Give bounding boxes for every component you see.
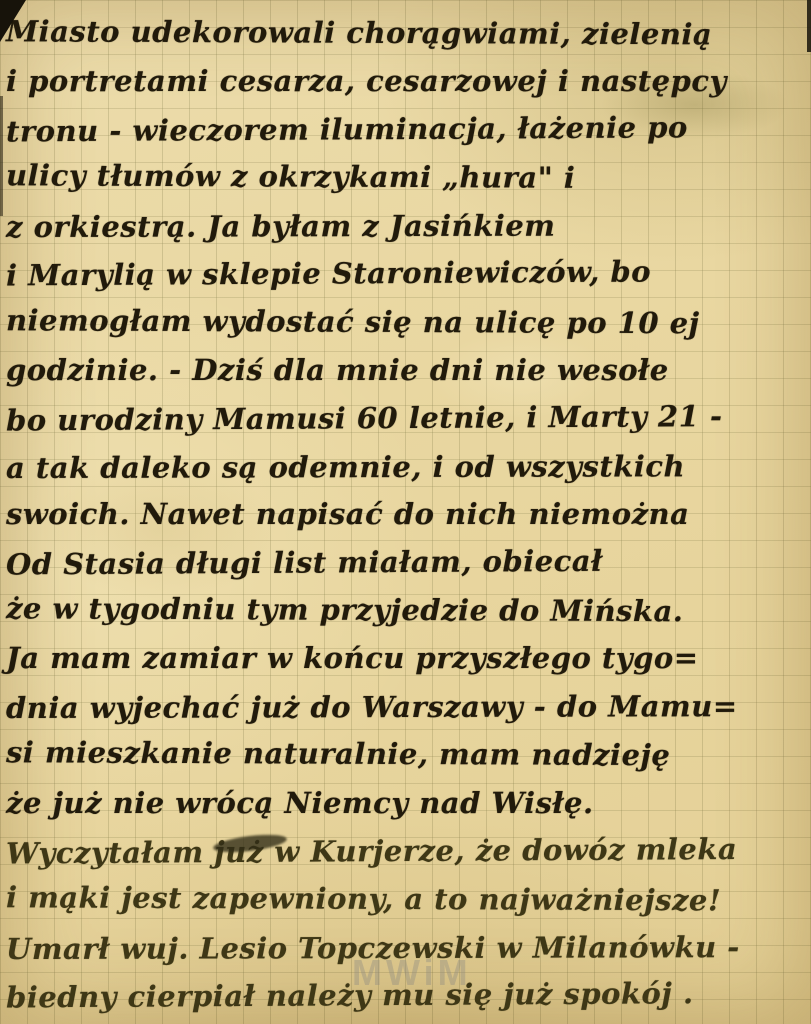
handwriting-line: tronu - wieczorem iluminacja, łażenie po	[6, 104, 806, 155]
handwriting-line: biedny cierpiał należy mu się już spokój…	[6, 969, 806, 1020]
handwriting-line: si mieszkanie naturalnie, mam nadzieję	[6, 730, 806, 779]
handwriting-line: Od Stasia długi list miałam, obiecał	[6, 537, 806, 588]
handwriting-line: swoich. Nawet napisać do nich niemożna	[6, 491, 806, 537]
handwriting-line: a tak daleko są odemnie, i od wszystkich	[6, 443, 806, 491]
handwriting-line: z orkiestrą. Ja byłam z Jasińkiem	[6, 202, 806, 250]
handwriting-line: Wyczytałam już w Kurjerze, że dowóz mlek…	[6, 825, 806, 876]
handwriting-line: niemogłam wydostać się na ulicę po 10 ej	[6, 297, 806, 346]
handwriting-line: i mąki jest zapewniony, a to najważniejs…	[6, 874, 806, 923]
scan-edge-mark-left	[0, 96, 3, 216]
handwriting-line: Umarł wuj. Lesio Topczewski w Milanówku …	[6, 924, 806, 972]
handwriting-line: bo urodziny Mamusi 60 letnie, i Marty 21…	[6, 392, 806, 443]
handwriting-line: godzinie. - Dziś dla mnie dni nie wesołe	[6, 347, 806, 393]
handwriting-line: Ja mam zamiar w końcu przyszłego tygo=	[6, 635, 806, 681]
handwriting-line: dnia wyjechać już do Warszawy - do Mamu=	[6, 683, 806, 731]
handwriting-line: że w tygodniu tym przyjedzie do Mińska.	[6, 585, 806, 634]
handwriting-line: Miasto udekorowali chorągwiami, zielenią	[6, 8, 806, 57]
handwriting-line: i portretami cesarza, cesarzowej i nastę…	[6, 58, 806, 104]
manuscript-page: MWiM Miasto udekorowali chorągwiami, zie…	[0, 0, 811, 1024]
handwriting-text-block: Miasto udekorowali chorągwiami, zielenią…	[6, 10, 806, 1018]
handwriting-line: i Marylią w sklepie Staroniewiczów, bo	[6, 248, 806, 299]
scan-edge-mark-top-right	[807, 0, 811, 52]
handwriting-line: że już nie wrócą Niemcy nad Wisłę.	[6, 780, 806, 826]
handwriting-line: ulicy tłumów z okrzykami „hura" i	[6, 153, 806, 202]
